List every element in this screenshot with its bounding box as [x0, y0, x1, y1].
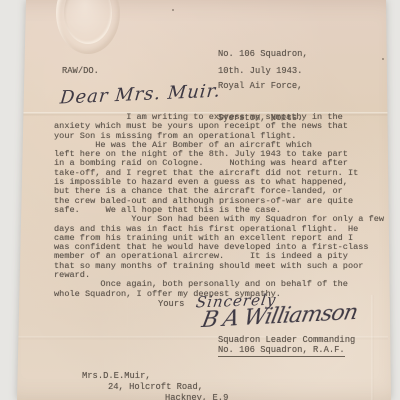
letter-body: I am writing to express my sympathy in t… [54, 113, 384, 299]
body-line: that so many months of training should m… [54, 262, 384, 271]
scanned-letter: No. 106 Squadron, Royal Air Force, Syers… [0, 0, 400, 400]
paper-shadow: No. 106 Squadron, Royal Air Force, Syers… [0, 0, 400, 400]
signature-unit-underlined: No. 106 Squadron, R.A.F. [218, 345, 345, 357]
letter-paper: No. 106 Squadron, Royal Air Force, Syers… [0, 0, 400, 400]
letterhead-force: Royal Air Force, [218, 81, 308, 92]
letterhead-squadron: No. 106 Squadron, [218, 49, 308, 60]
recipient-name: Mrs.D.E.Muir, [82, 371, 151, 381]
closing-yours: Yours [158, 299, 184, 309]
embossed-raf-crest-icon [56, 0, 120, 54]
recipient-city-clipped: Hackney, E.9 [165, 393, 228, 400]
signature-title: Squadron Leader Commanding [218, 335, 355, 345]
letter-date: 10th. July 1943. [218, 66, 302, 76]
reference-code: RAW/DO. [62, 66, 99, 76]
embossed-crest-ring [64, 0, 112, 44]
fold-crease-vertical [371, 295, 374, 400]
recipient-street: 24, Holcroft Road, [108, 382, 203, 392]
handwritten-greeting: Dear Mrs. Muir. [59, 80, 222, 108]
paper-speck [382, 58, 384, 60]
paper-speck [172, 9, 174, 11]
